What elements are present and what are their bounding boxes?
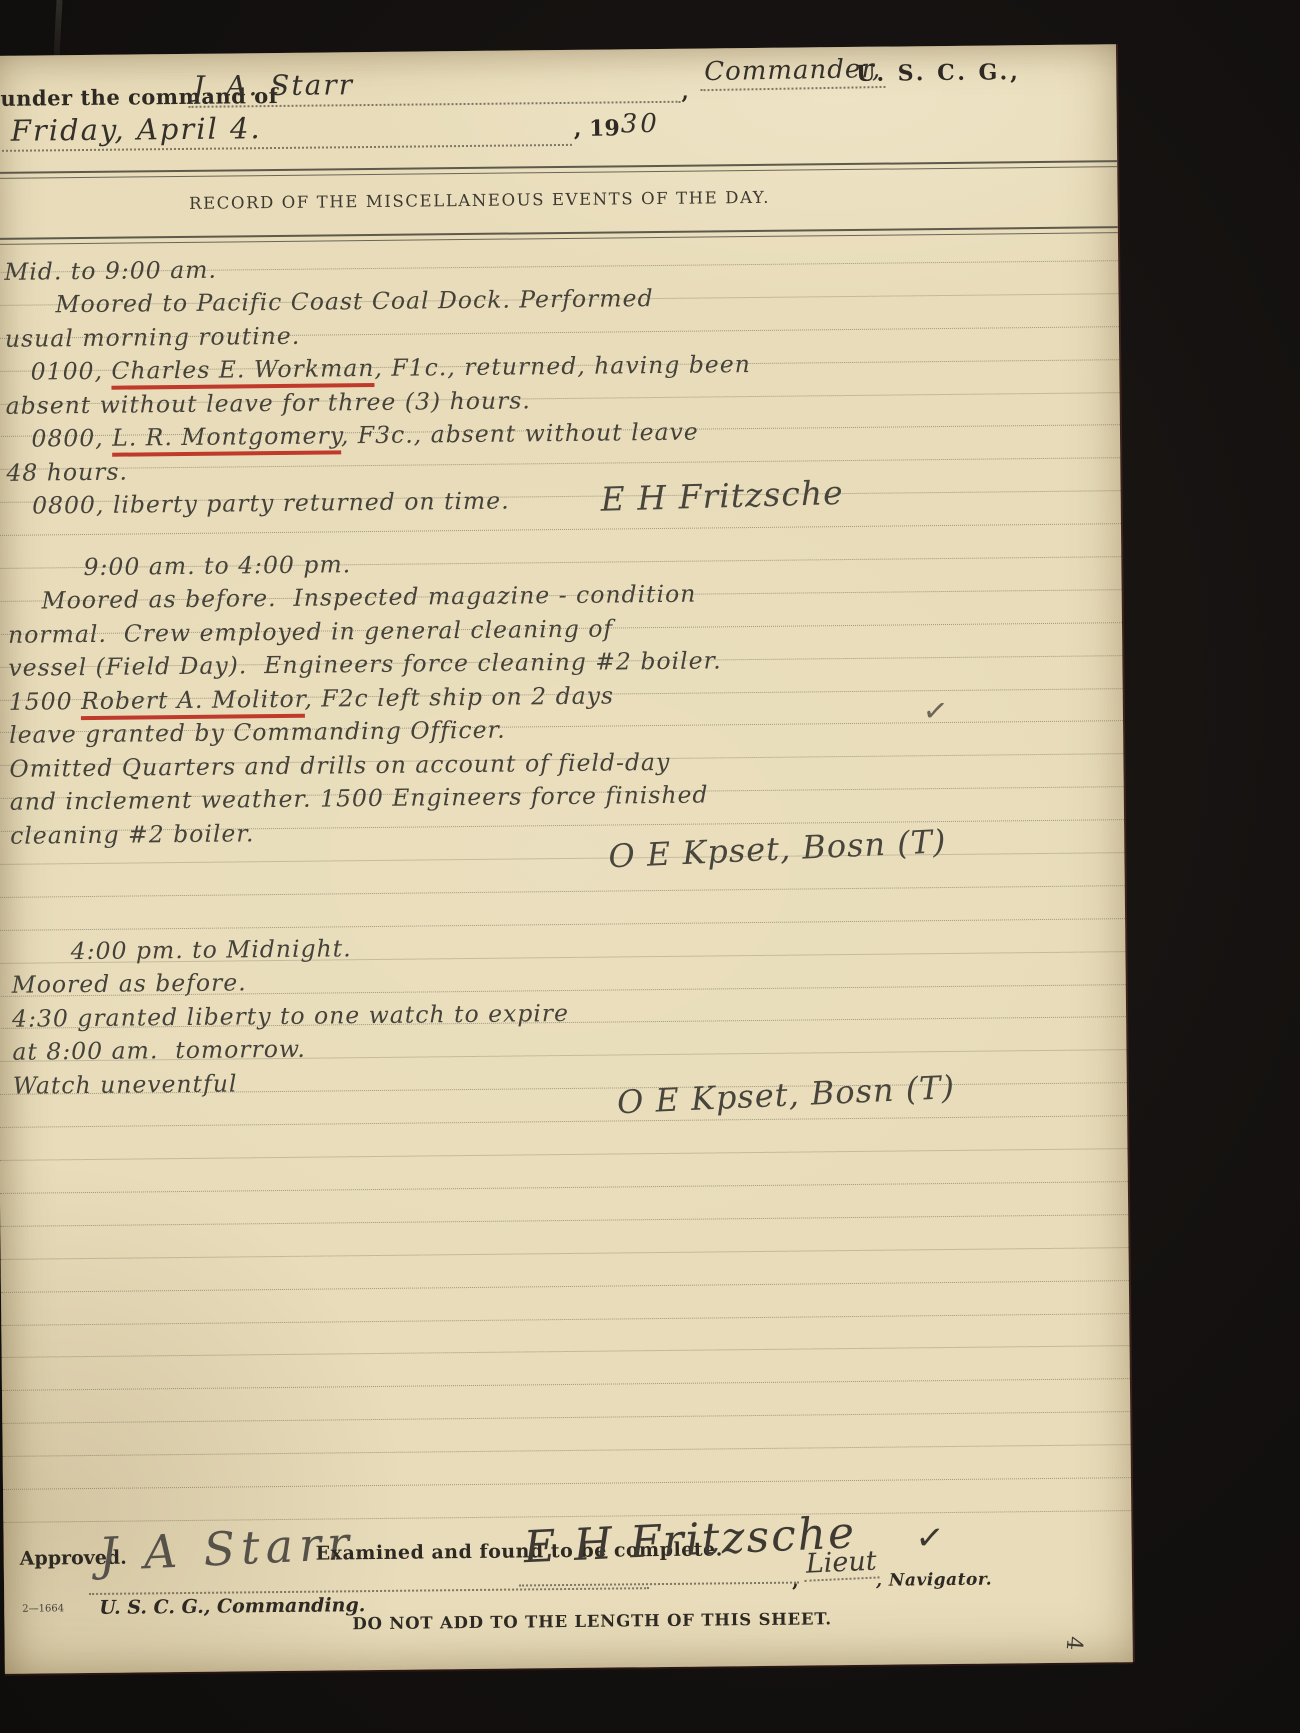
checkmark-annotation-footer: ✓: [914, 1517, 946, 1560]
binding-edge-streak: [53, 0, 62, 58]
ruled-line: [1, 1313, 1129, 1326]
red-underlined-name: L. R. Montgomery: [112, 422, 341, 457]
ruled-line: [0, 1148, 1128, 1161]
ruled-line: [0, 1181, 1128, 1194]
ruled-line: [0, 523, 1121, 536]
scanned-logbook-photo: { "header": { "command_prefix": "under t…: [0, 0, 1300, 1733]
double-rule-top: [0, 160, 1117, 179]
navigator-label: , Navigator.: [876, 1570, 992, 1591]
logbook-page: under the command of J. A. Starr , Comma…: [0, 44, 1133, 1674]
watch1-entry: Mid. to 9:00 am. Moored to Pacific Coast…: [4, 245, 1067, 524]
watch2-entry: 9:00 am. to 4:00 pm. Moored as before. I…: [7, 541, 1070, 853]
watch1-signature: E H Fritzsche: [600, 473, 844, 519]
double-rule-bottom: [0, 226, 1118, 245]
ruled-line: [1, 1280, 1129, 1293]
ruled-line: [2, 1378, 1130, 1391]
ruled-line: [3, 1477, 1131, 1490]
year-script: 30: [621, 109, 660, 139]
ruled-line: [0, 1214, 1128, 1227]
checkmark-annotation-body: ✓: [921, 693, 950, 731]
examined-signature-line: [519, 1560, 799, 1587]
ruled-line: [3, 1444, 1131, 1457]
form-number: 2—1664: [22, 1603, 64, 1614]
rank-script: Lieut: [803, 1545, 879, 1581]
rank-comma: ,: [792, 1570, 799, 1592]
ruled-line: [0, 852, 1124, 865]
service-abbrev-label: U. S. C. G.,: [856, 59, 1021, 87]
commanding-label: U. S. C. G., Commanding.: [99, 1594, 365, 1619]
corner-page-mark: 4: [1061, 1635, 1087, 1651]
ruled-line: [2, 1346, 1130, 1359]
do-not-add-warning: DO NOT ADD TO THE LENGTH OF THIS SHEET.: [352, 1609, 832, 1633]
ruled-line: [1, 1247, 1129, 1260]
commander-name-script: J. A. Starr: [193, 68, 354, 103]
ruled-line: [0, 1115, 1127, 1128]
page-title: RECORD OF THE MISCELLANEOUS EVENTS OF TH…: [0, 186, 970, 215]
ruled-line: [2, 1411, 1130, 1424]
comma-separator: ,: [681, 79, 689, 104]
date-script: Friday, April 4.: [11, 111, 262, 148]
year-printed-label: , 19: [574, 115, 620, 141]
ruled-line: [0, 885, 1125, 898]
red-underlined-name: Charles E. Workman: [111, 354, 374, 390]
red-underlined-name: Robert A. Molitor: [81, 684, 305, 719]
